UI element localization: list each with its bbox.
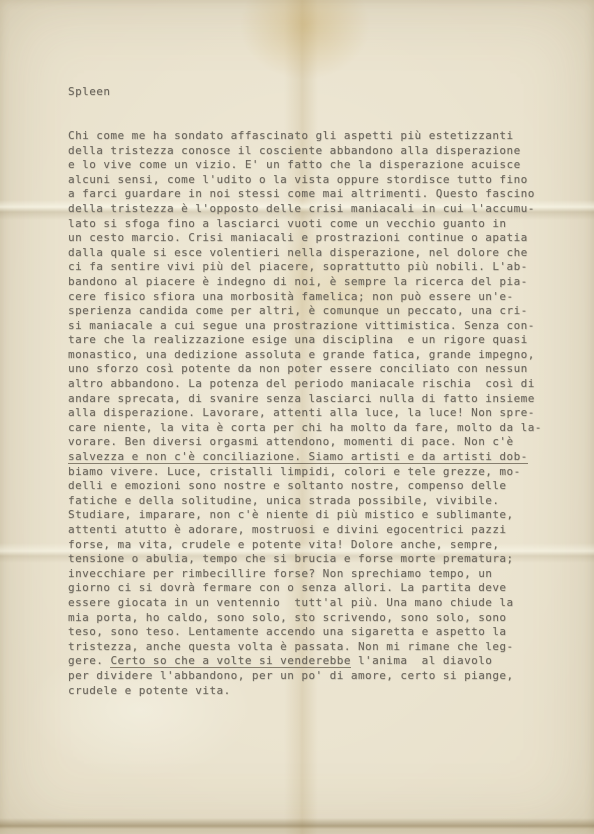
text-segment: ci fa sentire vivi più del piacere, sopr… bbox=[68, 260, 528, 273]
text-line: andare sprecata, di svanire senza lascia… bbox=[68, 392, 568, 407]
text-segment: invecchiare per rimbecillire forse? Non … bbox=[68, 567, 492, 580]
text-segment: a farci guardare in noi stessi come mai … bbox=[68, 187, 535, 200]
text-segment: tare che la realizzazione esige una disc… bbox=[68, 333, 528, 346]
text-segment: crudele e potente vita. bbox=[68, 684, 231, 697]
text-segment: mia porta, ho caldo, sono solo, sto scri… bbox=[68, 611, 507, 624]
text-line: dalla quale si esce volentieri nella dis… bbox=[68, 246, 568, 261]
text-line: un cesto marcio. Crisi maniacali e prost… bbox=[68, 231, 568, 246]
text-segment: attenti atutto è adorare, mostruosi e di… bbox=[68, 523, 507, 536]
underlined-text: salvezza e non c'è conciliazione. Siamo … bbox=[68, 450, 528, 464]
text-line: attenti atutto è adorare, mostruosi e di… bbox=[68, 523, 568, 538]
text-line: tristezza, anche questa volta è passata.… bbox=[68, 640, 568, 655]
text-segment: fatiche e della solitudine, unica strada… bbox=[68, 494, 499, 507]
text-line: Chi come me ha sondato affascinato gli a… bbox=[68, 129, 568, 144]
text-segment: dalla quale si esce volentieri nella dis… bbox=[68, 246, 528, 259]
text-segment: sperienza candida come per altri, è comu… bbox=[68, 304, 528, 317]
text-line: giorno ci si dovrà fermare con o senza a… bbox=[68, 581, 568, 596]
text-line: fatiche e della solitudine, unica strada… bbox=[68, 494, 568, 509]
text-segment: della tristezza conosce il cosciente abb… bbox=[68, 144, 521, 157]
text-segment: care niente, la vita è corta per chi ha … bbox=[68, 421, 542, 434]
text-line: salvezza e non c'è conciliazione. Siamo … bbox=[68, 450, 568, 465]
text-segment: monastico, una dedizione assoluta e gran… bbox=[68, 348, 535, 361]
typewritten-text: Spleen Chi come me ha sondato affascinat… bbox=[68, 56, 568, 727]
text-line: per dividere l'abbandono, per un po' di … bbox=[68, 669, 568, 684]
text-segment: biamo vivere. Luce, cristalli limpidi, c… bbox=[68, 465, 521, 478]
text-line: altro abbandono. La potenza del periodo … bbox=[68, 377, 568, 392]
text-line: e lo vive come un vizio. E' un fatto che… bbox=[68, 158, 568, 173]
text-line: monastico, una dedizione assoluta e gran… bbox=[68, 348, 568, 363]
text-segment: essere giocata in un ventennio tutt'al p… bbox=[68, 596, 514, 609]
text-line: vorare. Ben diversi orgasmi attendono, m… bbox=[68, 435, 568, 450]
text-line: care niente, la vita è corta per chi ha … bbox=[68, 421, 568, 436]
text-line: uno sforzo così potente da non poter ess… bbox=[68, 362, 568, 377]
text-segment: giorno ci si dovrà fermare con o senza a… bbox=[68, 581, 507, 594]
text-segment: altro abbandono. La potenza del periodo … bbox=[68, 377, 535, 390]
text-segment: si maniacale a cui segue una prostrazion… bbox=[68, 319, 535, 332]
text-segment: tensione o abulia, tempo che si brucia e… bbox=[68, 552, 514, 565]
text-segment: un cesto marcio. Crisi maniacali e prost… bbox=[68, 231, 528, 244]
document-body: Chi come me ha sondato affascinato gli a… bbox=[68, 129, 568, 698]
text-line: della tristezza è l'opposto delle crisi … bbox=[68, 202, 568, 217]
text-line: invecchiare per rimbecillire forse? Non … bbox=[68, 567, 568, 582]
text-line: ci fa sentire vivi più del piacere, sopr… bbox=[68, 260, 568, 275]
text-line: alla disperazione. Lavorare, attenti all… bbox=[68, 406, 568, 421]
text-line: crudele e potente vita. bbox=[68, 684, 568, 699]
text-segment: uno sforzo così potente da non poter ess… bbox=[68, 362, 528, 375]
text-segment: tristezza, anche questa volta è passata.… bbox=[68, 640, 514, 653]
text-segment: l'anima al diavolo bbox=[351, 654, 492, 667]
text-segment: lato si sfoga fino a lasciarci vuoti com… bbox=[68, 217, 507, 230]
text-segment: vorare. Ben diversi orgasmi attendono, m… bbox=[68, 435, 514, 448]
text-segment: e lo vive come un vizio. E' un fatto che… bbox=[68, 158, 521, 171]
fold-crease-bottom bbox=[0, 818, 594, 834]
text-segment: per dividere l'abbandono, per un po' di … bbox=[68, 669, 514, 682]
text-line: forse, ma vita, crudele e potente vita! … bbox=[68, 538, 568, 553]
text-segment: della tristezza è l'opposto delle crisi … bbox=[68, 202, 535, 215]
underlined-text: Certo so che a volte si venderebbe bbox=[110, 654, 350, 668]
text-line: teso, sono teso. Lentamente accendo una … bbox=[68, 625, 568, 640]
text-segment: cere fisico sfiora una morbosità famelic… bbox=[68, 290, 514, 303]
paper-sheet: Spleen Chi come me ha sondato affascinat… bbox=[0, 0, 594, 834]
text-line: lato si sfoga fino a lasciarci vuoti com… bbox=[68, 217, 568, 232]
text-line: a farci guardare in noi stessi come mai … bbox=[68, 187, 568, 202]
text-line: tare che la realizzazione esige una disc… bbox=[68, 333, 568, 348]
text-line: bandono al piacere è indegno di noi, è s… bbox=[68, 275, 568, 290]
text-segment: Chi come me ha sondato affascinato gli a… bbox=[68, 129, 514, 142]
text-line: sperienza candida come per altri, è comu… bbox=[68, 304, 568, 319]
text-segment: andare sprecata, di svanire senza lascia… bbox=[68, 392, 535, 405]
text-line: essere giocata in un ventennio tutt'al p… bbox=[68, 596, 568, 611]
text-line: tensione o abulia, tempo che si brucia e… bbox=[68, 552, 568, 567]
text-line: alcuni sensi, come l'udito o la vista op… bbox=[68, 173, 568, 188]
text-line: delli e emozioni sono nostre e soltanto … bbox=[68, 479, 568, 494]
text-line: si maniacale a cui segue una prostrazion… bbox=[68, 319, 568, 334]
text-segment: bandono al piacere è indegno di noi, è s… bbox=[68, 275, 528, 288]
text-segment: teso, sono teso. Lentamente accendo una … bbox=[68, 625, 507, 638]
text-segment: Studiare, imparare, non c'è niente di pi… bbox=[68, 508, 514, 521]
text-line: gere. Certo so che a volte si venderebbe… bbox=[68, 654, 568, 669]
text-segment: alcuni sensi, come l'udito o la vista op… bbox=[68, 173, 528, 186]
text-segment: delli e emozioni sono nostre e soltanto … bbox=[68, 479, 507, 492]
text-segment: gere. bbox=[68, 654, 110, 667]
text-line: cere fisico sfiora una morbosità famelic… bbox=[68, 290, 568, 305]
document-title: Spleen bbox=[68, 85, 568, 100]
text-line: della tristezza conosce il cosciente abb… bbox=[68, 144, 568, 159]
text-line: mia porta, ho caldo, sono solo, sto scri… bbox=[68, 611, 568, 626]
text-line: biamo vivere. Luce, cristalli limpidi, c… bbox=[68, 465, 568, 480]
text-segment: alla disperazione. Lavorare, attenti all… bbox=[68, 406, 535, 419]
text-segment: forse, ma vita, crudele e potente vita! … bbox=[68, 538, 499, 551]
text-line: Studiare, imparare, non c'è niente di pi… bbox=[68, 508, 568, 523]
